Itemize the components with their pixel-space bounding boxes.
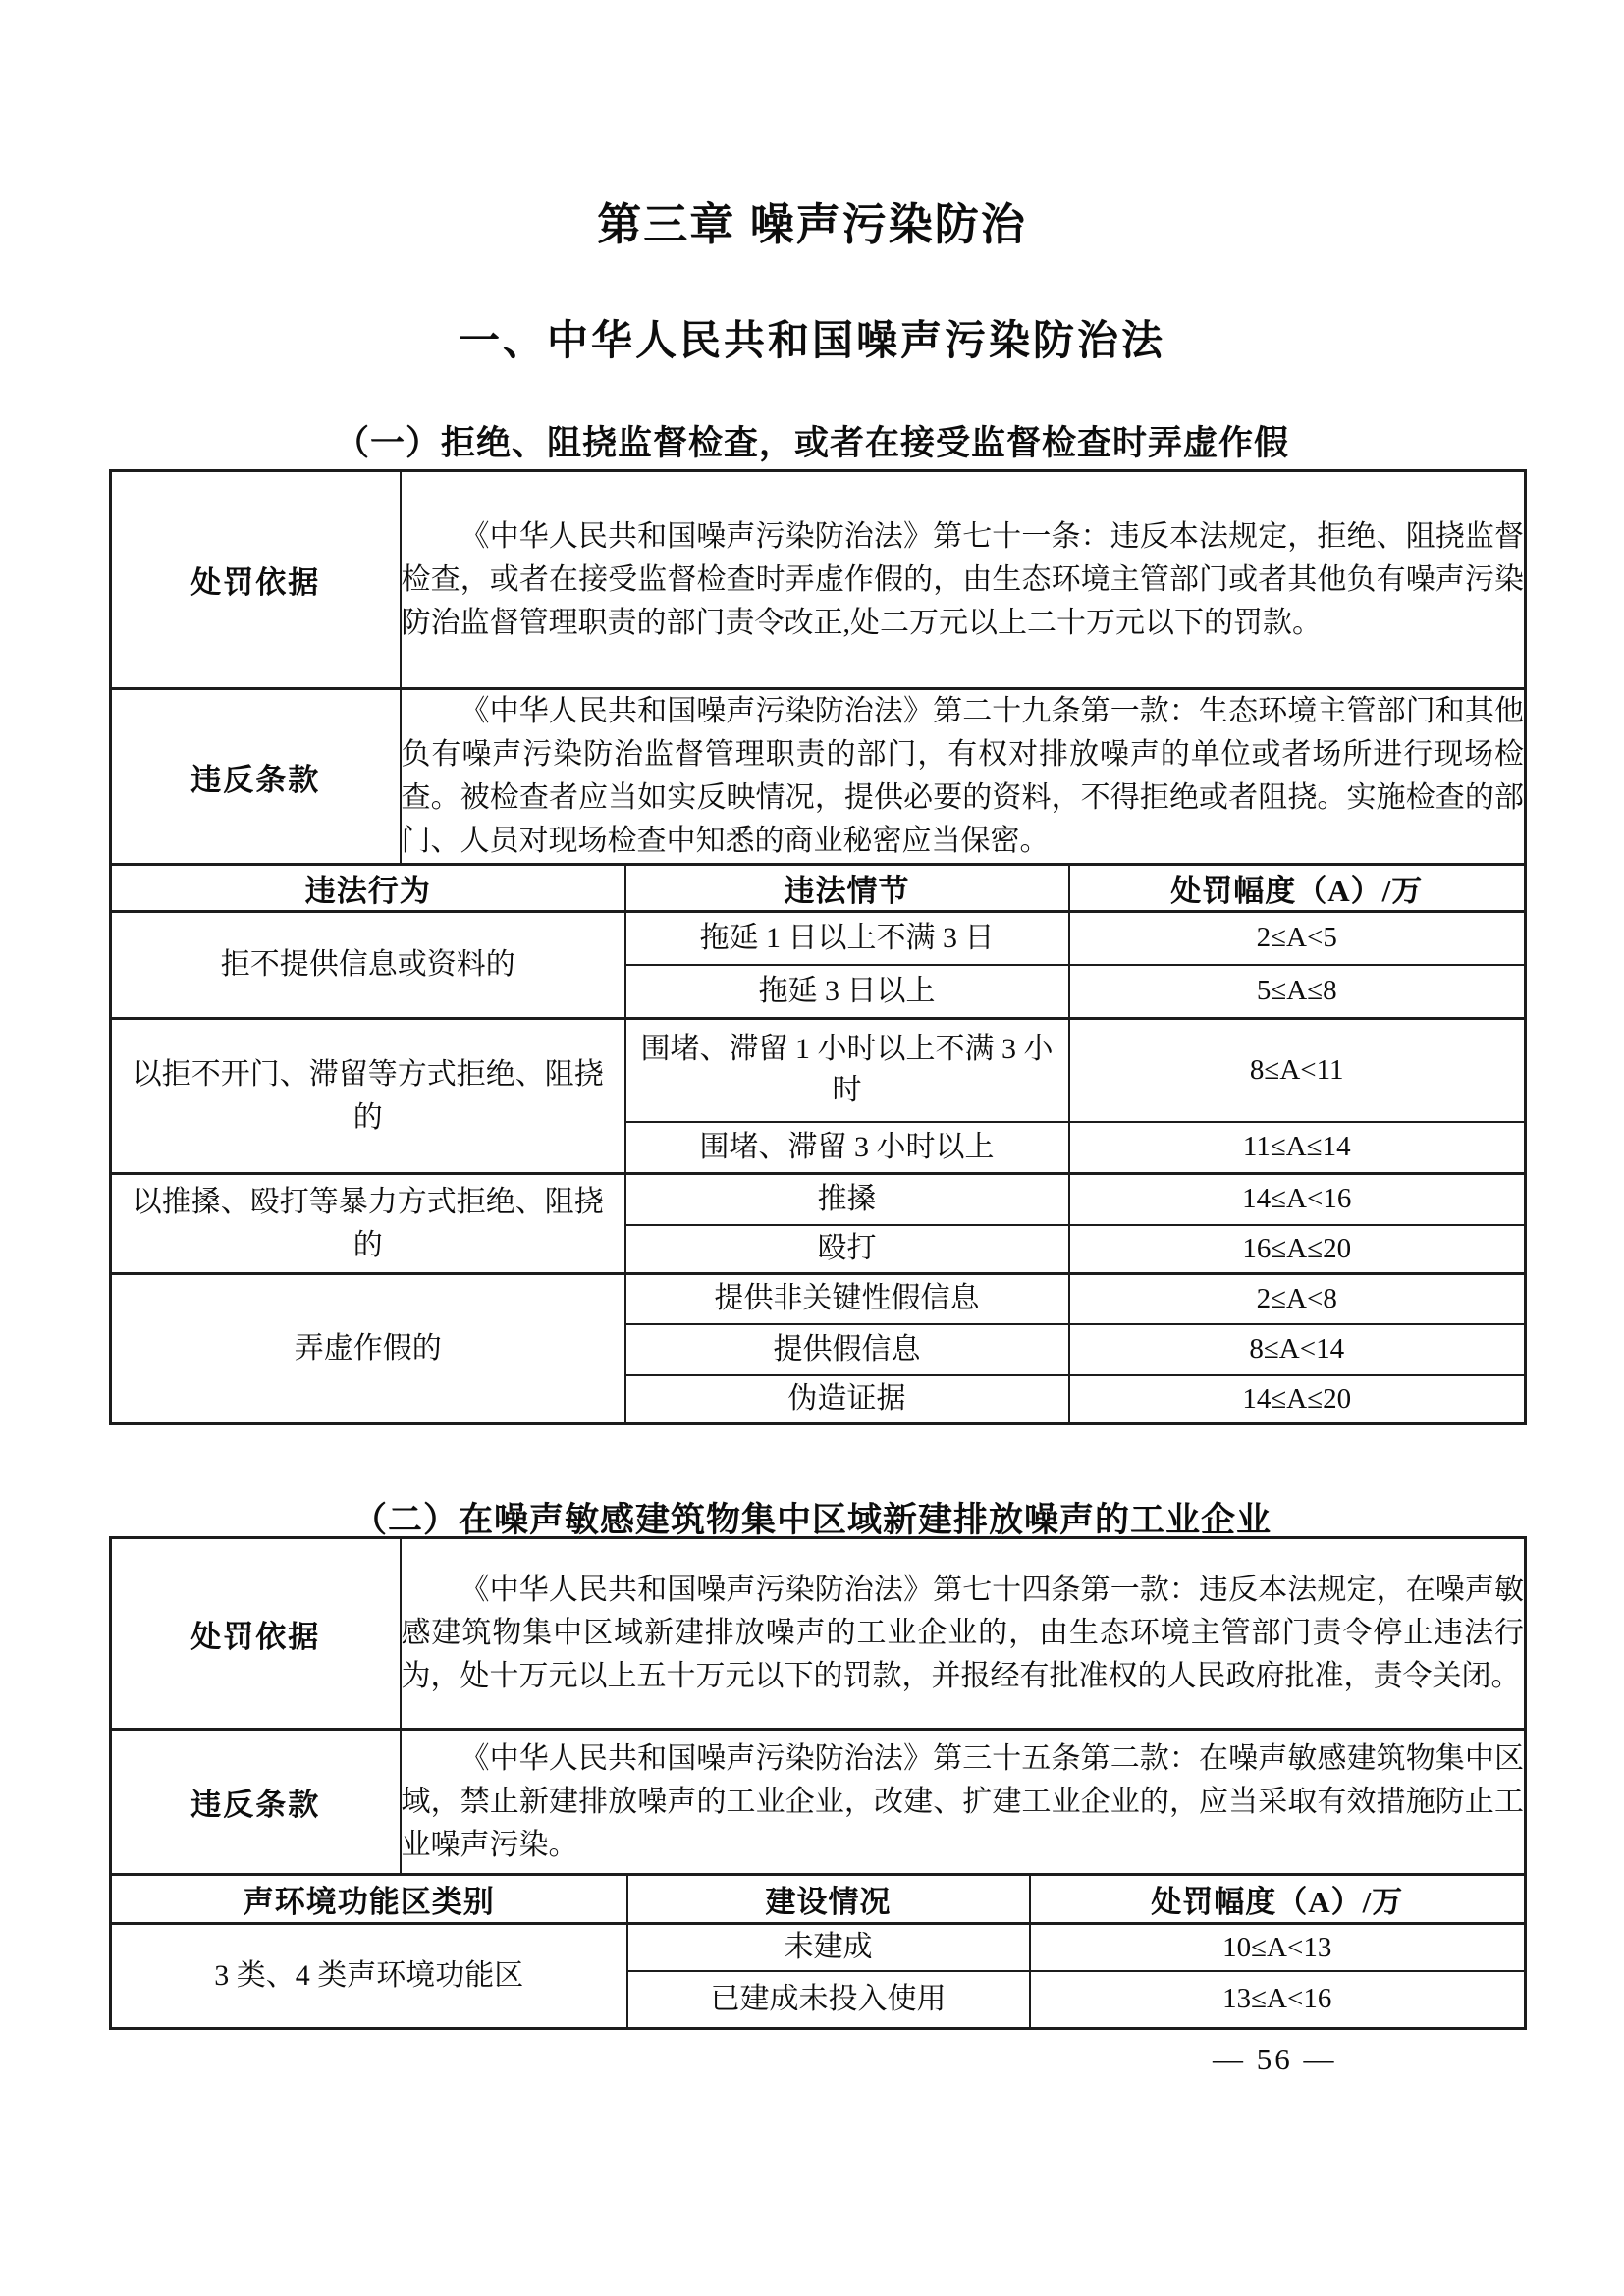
section-2-heading: （二）在噪声敏感建筑物集中区域新建排放噪声的工业企业 bbox=[0, 1493, 1624, 1542]
situation-cell: 伪造证据 bbox=[625, 1375, 1069, 1424]
clause-label: 违反条款 bbox=[111, 1730, 401, 1875]
situation-cell: 拖延 3 日以上 bbox=[625, 965, 1069, 1019]
amount-cell: 2≤A<8 bbox=[1069, 1274, 1526, 1324]
clause-text-cell: 《中华人民共和国噪声污染防治法》第二十九条第一款：生态环境主管部门和其他负有噪声… bbox=[401, 689, 1526, 865]
behavior-cell: 以推搡、殴打等暴力方式拒绝、阻挠的 bbox=[111, 1174, 625, 1274]
basis-text-cell: 《中华人民共和国噪声污染防治法》第七十四条第一款：违反本法规定，在噪声敏感建筑物… bbox=[401, 1538, 1526, 1730]
situation-cell: 未建成 bbox=[627, 1924, 1030, 1972]
col-header-zone: 声环境功能区类别 bbox=[111, 1875, 627, 1924]
page-number: — 56 — bbox=[1213, 2042, 1337, 2077]
col-header-amount: 处罚幅度（A）/万 bbox=[1030, 1875, 1526, 1924]
situation-cell: 提供假信息 bbox=[625, 1324, 1069, 1375]
basis-text: 《中华人民共和国噪声污染防治法》第七十四条第一款：违反本法规定，在噪声敏感建筑物… bbox=[402, 1569, 1525, 1698]
penalty-table-1-body: 处罚依据 《中华人民共和国噪声污染防治法》第七十一条：违反本法规定，拒绝、阻挠监… bbox=[111, 471, 1526, 1424]
document-page: 第三章 噪声污染防治 一、中华人民共和国噪声污染防治法 （一）拒绝、阻挠监督检查… bbox=[0, 0, 1624, 2296]
col-header-behavior: 违法行为 bbox=[111, 865, 625, 912]
amount-cell: 2≤A<5 bbox=[1069, 912, 1526, 965]
penalty-table-2: 处罚依据 《中华人民共和国噪声污染防治法》第七十四条第一款：违反本法规定，在噪声… bbox=[109, 1536, 1527, 2030]
col-header-amount: 处罚幅度（A）/万 bbox=[1069, 865, 1526, 912]
chapter-title: 第三章 噪声污染防治 bbox=[0, 188, 1624, 252]
situation-cell: 已建成未投入使用 bbox=[627, 1971, 1030, 2028]
behavior-cell: 弄虚作假的 bbox=[111, 1274, 625, 1424]
col-header-situation: 违法情节 bbox=[625, 865, 1069, 912]
behavior-cell: 以拒不开门、滞留等方式拒绝、阻挠的 bbox=[111, 1019, 625, 1174]
amount-cell: 13≤A<16 bbox=[1030, 1971, 1526, 2028]
amount-cell: 16≤A≤20 bbox=[1069, 1225, 1526, 1274]
clause-label: 违反条款 bbox=[111, 689, 401, 865]
situation-cell: 围堵、滞留 3 小时以上 bbox=[625, 1122, 1069, 1174]
situation-cell: 围堵、滞留 1 小时以上不满 3 小时 bbox=[625, 1019, 1069, 1122]
col-header-construction: 建设情况 bbox=[627, 1875, 1030, 1924]
amount-cell: 14≤A<16 bbox=[1069, 1174, 1526, 1225]
section-1-heading: （一）拒绝、阻挠监督检查，或者在接受监督检查时弄虚作假 bbox=[0, 416, 1624, 465]
amount-cell: 14≤A≤20 bbox=[1069, 1375, 1526, 1424]
clause-text: 《中华人民共和国噪声污染防治法》第三十五条第二款：在噪声敏感建筑物集中区域，禁止… bbox=[402, 1737, 1525, 1867]
situation-cell: 提供非关键性假信息 bbox=[625, 1274, 1069, 1324]
law-title: 一、中华人民共和国噪声污染防治法 bbox=[0, 308, 1624, 367]
penalty-table-1: 处罚依据 《中华人民共和国噪声污染防治法》第七十一条：违反本法规定，拒绝、阻挠监… bbox=[109, 469, 1527, 1425]
basis-text: 《中华人民共和国噪声污染防治法》第七十一条：违反本法规定，拒绝、阻挠监督检查，或… bbox=[402, 515, 1525, 645]
behavior-cell: 拒不提供信息或资料的 bbox=[111, 912, 625, 1019]
behavior-cell: 3 类、4 类声环境功能区 bbox=[111, 1924, 627, 2029]
clause-text: 《中华人民共和国噪声污染防治法》第二十九条第一款：生态环境主管部门和其他负有噪声… bbox=[402, 690, 1525, 863]
basis-text-cell: 《中华人民共和国噪声污染防治法》第七十一条：违反本法规定，拒绝、阻挠监督检查，或… bbox=[401, 471, 1526, 689]
amount-cell: 11≤A≤14 bbox=[1069, 1122, 1526, 1174]
amount-cell: 5≤A≤8 bbox=[1069, 965, 1526, 1019]
situation-cell: 推搡 bbox=[625, 1174, 1069, 1225]
basis-label: 处罚依据 bbox=[111, 471, 401, 689]
amount-cell: 8≤A<14 bbox=[1069, 1324, 1526, 1375]
clause-text-cell: 《中华人民共和国噪声污染防治法》第三十五条第二款：在噪声敏感建筑物集中区域，禁止… bbox=[401, 1730, 1526, 1875]
basis-label: 处罚依据 bbox=[111, 1538, 401, 1730]
amount-cell: 10≤A<13 bbox=[1030, 1924, 1526, 1972]
situation-cell: 殴打 bbox=[625, 1225, 1069, 1274]
amount-cell: 8≤A<11 bbox=[1069, 1019, 1526, 1122]
situation-cell: 拖延 1 日以上不满 3 日 bbox=[625, 912, 1069, 965]
penalty-table-2-body: 处罚依据 《中华人民共和国噪声污染防治法》第七十四条第一款：违反本法规定，在噪声… bbox=[111, 1538, 1526, 2029]
